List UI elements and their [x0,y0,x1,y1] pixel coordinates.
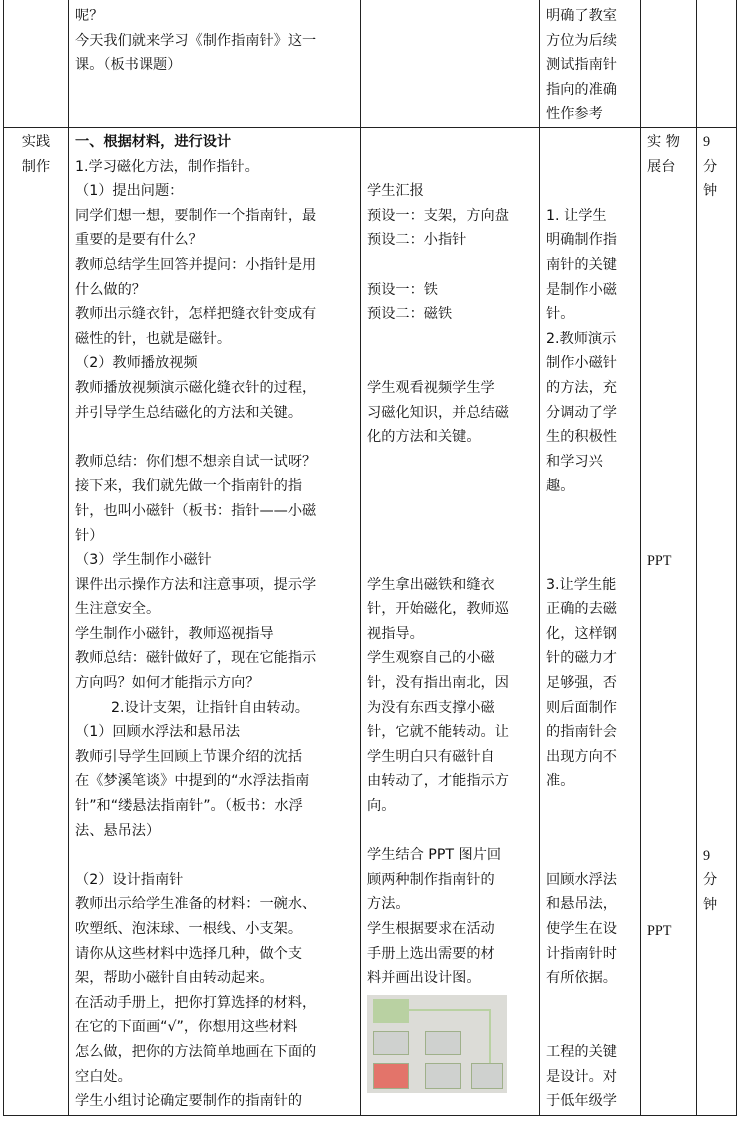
text-line: 顾两种制作指南针的 [367,868,533,893]
material-stand-icon [471,1063,503,1089]
text-line: 在活动手册上，把你打算选择的材料， [75,991,354,1016]
time-value: 9 [703,844,730,869]
text-line: 教师总结：你们想不想亲自试一试呀？ [75,450,354,475]
text-line: 法、悬吊法） [75,819,354,844]
text-line: 是制作小磁 [546,278,634,303]
blank-line [367,155,533,180]
time-cell: 9 分 钟 9 分 钟 [697,128,737,1116]
text-line: 课。（板书课题） [75,53,354,78]
table-row-practice: 实践 制作 一、根据材料，进行设计 1.学习磁化方法，制作指针。 （1）提出问题… [4,128,737,1116]
text-line: 预设二：磁铁 [367,302,533,327]
text-line: 什么做的？ [75,278,354,303]
text-line: 针） [75,524,354,549]
blank-line [367,253,533,278]
text-line: 学生明白只有磁针自 [367,745,533,770]
text-line: 和悬吊法， [546,892,634,917]
text-line: 是设计。对 [546,1065,634,1090]
teacher-activity-cell: 呢？ 今天我们就来学习《制作指南针》这一 课。（板书课题） [69,0,361,128]
text-line: 于低年级学 [546,1089,634,1114]
text-line: 视指导。 [367,622,533,647]
text-line: 向。 [367,794,533,819]
text-line: 针，没有指出南北，因 [367,671,533,696]
blank-line [367,524,533,549]
time-cell [697,0,737,128]
student-activity-cell [361,0,540,128]
blank-line [546,1015,634,1040]
design-intent-cell: 1. 让学生 明确制作指 南针的关键 是制作小磁 针。 2.教师演示 制作小磁针… [540,128,641,1116]
text-line: 同学们想一想，要制作一个指南针，最 [75,204,354,229]
connector-line [409,1009,491,1011]
blank-line [546,819,634,844]
material-foam-ball-icon [425,1031,461,1055]
text-line: 1.学习磁化方法，制作指针。 [75,155,354,180]
text-line: 生的积极性 [546,425,634,450]
text-line: 请你从这些材料中选择几种，做个支 [75,942,354,967]
blank-line [367,474,533,499]
text-line: 正确的去磁 [546,597,634,622]
text-line: 预设一：支架，方向盘 [367,204,533,229]
time-unit: 分 [703,155,730,180]
stage-label: 实践 [10,130,62,155]
text-line: 吹塑纸、泡沫球、一根线、小支架。 [75,917,354,942]
text-line: 针。 [546,302,634,327]
text-line: 架，帮助小磁针自由转动起来。 [75,966,354,991]
caption-box [373,999,409,1023]
blank-line [546,524,634,549]
blank-line [546,843,634,868]
text-line: 接下来，我们就先做一个指南针的指 [75,474,354,499]
text-line: （1）提出问题： [75,179,354,204]
text-line: 针，它就不能转动。让 [367,720,533,745]
text-line: 预设一：铁 [367,278,533,303]
text-line: 针的磁力才 [546,646,634,671]
text-line: 化，这样钢 [546,622,634,647]
blank-line [367,450,533,475]
text-line: 教师总结：磁针做好了，现在它能指示 [75,646,354,671]
blank-line [546,499,634,524]
material-thread-icon [425,1063,461,1089]
text-line: 针，开始磁化，教师巡 [367,597,533,622]
media-label: 展台 [647,155,690,180]
text-line: 则后面制作 [546,696,634,721]
text-line: 今天我们就来学习《制作指南针》这一 [75,29,354,54]
table-row-previous: 呢？ 今天我们就来学习《制作指南针》这一 课。（板书课题） 明确了教室 方位为后… [4,0,737,128]
media-label-ppt: PPT [647,549,690,574]
text-line: 磁性的针，也就是磁针。 [75,327,354,352]
text-line: 在它的下面画“√”，你想用这些材料 [75,1015,354,1040]
text-line: 怎么做，把你的方法简单地画在下面的 [75,1040,354,1065]
text-line: 测试指南针 [546,53,634,78]
text-line: 明确了教室 [546,4,634,29]
text-line: （2）设计指南针 [75,868,354,893]
media-label-ppt: PPT [647,919,690,944]
text-line: 明确制作指 [546,228,634,253]
stage-cell: 实践 制作 [4,128,69,1116]
spacer [647,179,690,549]
text-line: 南针的关键 [546,253,634,278]
spacer [647,574,690,919]
section-heading: 一、根据材料，进行设计 [75,130,354,155]
text-line: 1. 让学生 [546,204,634,229]
text-line: 并引导学生总结磁化的方法和关键。 [75,401,354,426]
time-unit: 钟 [703,893,730,918]
text-line: 出现方向不 [546,745,634,770]
text-line: 预设二：小指针 [367,228,533,253]
blank-line [367,819,533,844]
blank-line [546,548,634,573]
blank-line [75,425,354,450]
text-line: 有所依据。 [546,966,634,991]
text-line: （3）学生制作小磁针 [75,548,354,573]
text-line: 教师总结学生回答并提问：小指针是用 [75,253,354,278]
blank-line [367,327,533,352]
text-line: 回顾水浮法 [546,868,634,893]
media-label: 实 物 [647,130,690,155]
text-line: 空白处。 [75,1065,354,1090]
blank-line [75,843,354,868]
text-line: 针”和“缕悬法指南针”。（板书：水浮 [75,794,354,819]
text-line: 3.让学生能 [546,573,634,598]
text-line: 教师出示给学生准备的材料：一碗水、 [75,892,354,917]
text-line: 为没有东西支撑小磁 [367,696,533,721]
text-line: 2.教师演示 [546,327,634,352]
text-line: 足够强，否 [546,671,634,696]
spacer [703,204,730,844]
text-line: 2.设计支架，让指针自由转动。 [75,696,354,721]
blank-line [367,130,533,155]
text-line: 学生汇报 [367,179,533,204]
text-line: 指向的准确 [546,78,634,103]
text-line: 教师出示缝衣针，怎样把缝衣针变成有 [75,302,354,327]
text-line: 生注意安全。 [75,597,354,622]
stage-label: 制作 [10,155,62,180]
text-line: 方位为后续 [546,29,634,54]
text-line: 学生结合 PPT 图片回 [367,843,533,868]
media-cell: 实 物 展台 PPT PPT [641,128,697,1116]
media-cell [641,0,697,128]
text-line: 习磁化知识，并总结磁 [367,401,533,426]
text-line: （1）回顾水浮法和悬吊法 [75,720,354,745]
text-line: 方向吗？如何才能指示方向？ [75,671,354,696]
text-line: 学生根据要求在活动 [367,917,533,942]
text-line: 学生观看视频学生学 [367,376,533,401]
time-unit: 分 [703,868,730,893]
text-line: 课件出示操作方法和注意事项，提示学 [75,573,354,598]
blank-line [546,155,634,180]
blank-line [367,351,533,376]
blank-line [546,991,634,1016]
text-line: 方法。 [367,892,533,917]
blank-line [367,499,533,524]
teacher-activity-cell: 一、根据材料，进行设计 1.学习磁化方法，制作指针。 （1）提出问题： 同学们想… [69,128,361,1116]
text-line: 和学习兴 [546,450,634,475]
blank-line [367,548,533,573]
text-line: 学生制作小磁针，教师巡视指导 [75,622,354,647]
blank-line [546,794,634,819]
time-unit: 钟 [703,179,730,204]
text-line: 教师引导学生回顾上节课介绍的沈括 [75,745,354,770]
text-line: 准。 [546,769,634,794]
stage-cell [4,0,69,128]
lesson-plan-table: 呢？ 今天我们就来学习《制作指南针》这一 课。（板书课题） 明确了教室 方位为后… [3,0,737,1116]
blank-line [546,179,634,204]
text-line: 的方法，充 [546,376,634,401]
text-line: 重要的是要有什么？ [75,228,354,253]
text-line: 针，也叫小磁针（板书：指针——小磁 [75,499,354,524]
materials-diagram-image [367,995,507,1093]
text-line: 工程的关键 [546,1040,634,1065]
text-line: 制作小磁针 [546,351,634,376]
text-line: 学生拿出磁铁和缝衣 [367,573,533,598]
text-line: 性作参考 [546,102,634,127]
text-line: （2）教师播放视频 [75,351,354,376]
design-intent-cell: 明确了教室 方位为后续 测试指南针 指向的准确 性作参考 [540,0,641,128]
text-line: 料并画出设计图。 [367,966,533,991]
text-line: 在《梦溪笔谈》中提到的“水浮法指南 [75,769,354,794]
text-line: 趣。 [546,474,634,499]
student-activity-cell: 学生汇报 预设一：支架，方向盘 预设二：小指针 预设一：铁 预设二：磁铁 学生观… [361,128,540,1116]
text-line: 教师播放视频演示磁化缝衣针的过程， [75,376,354,401]
text-line: 分调动了学 [546,401,634,426]
material-water-icon [373,1031,409,1055]
text-line: 由转动了，才能指示方 [367,769,533,794]
time-value: 9 [703,130,730,155]
text-line: 的指南针会 [546,720,634,745]
text-line: 使学生在设 [546,917,634,942]
blank-line [546,130,634,155]
text-line: 呢？ [75,4,354,29]
text-line: 化的方法和关键。 [367,425,533,450]
text-line: 学生观察自己的小磁 [367,646,533,671]
text-line: 学生小组讨论确定要制作的指南针的 [75,1089,354,1114]
text-line: 计指南针时 [546,942,634,967]
text-line: 手册上选出需要的材 [367,942,533,967]
material-paper-icon [373,1063,409,1089]
